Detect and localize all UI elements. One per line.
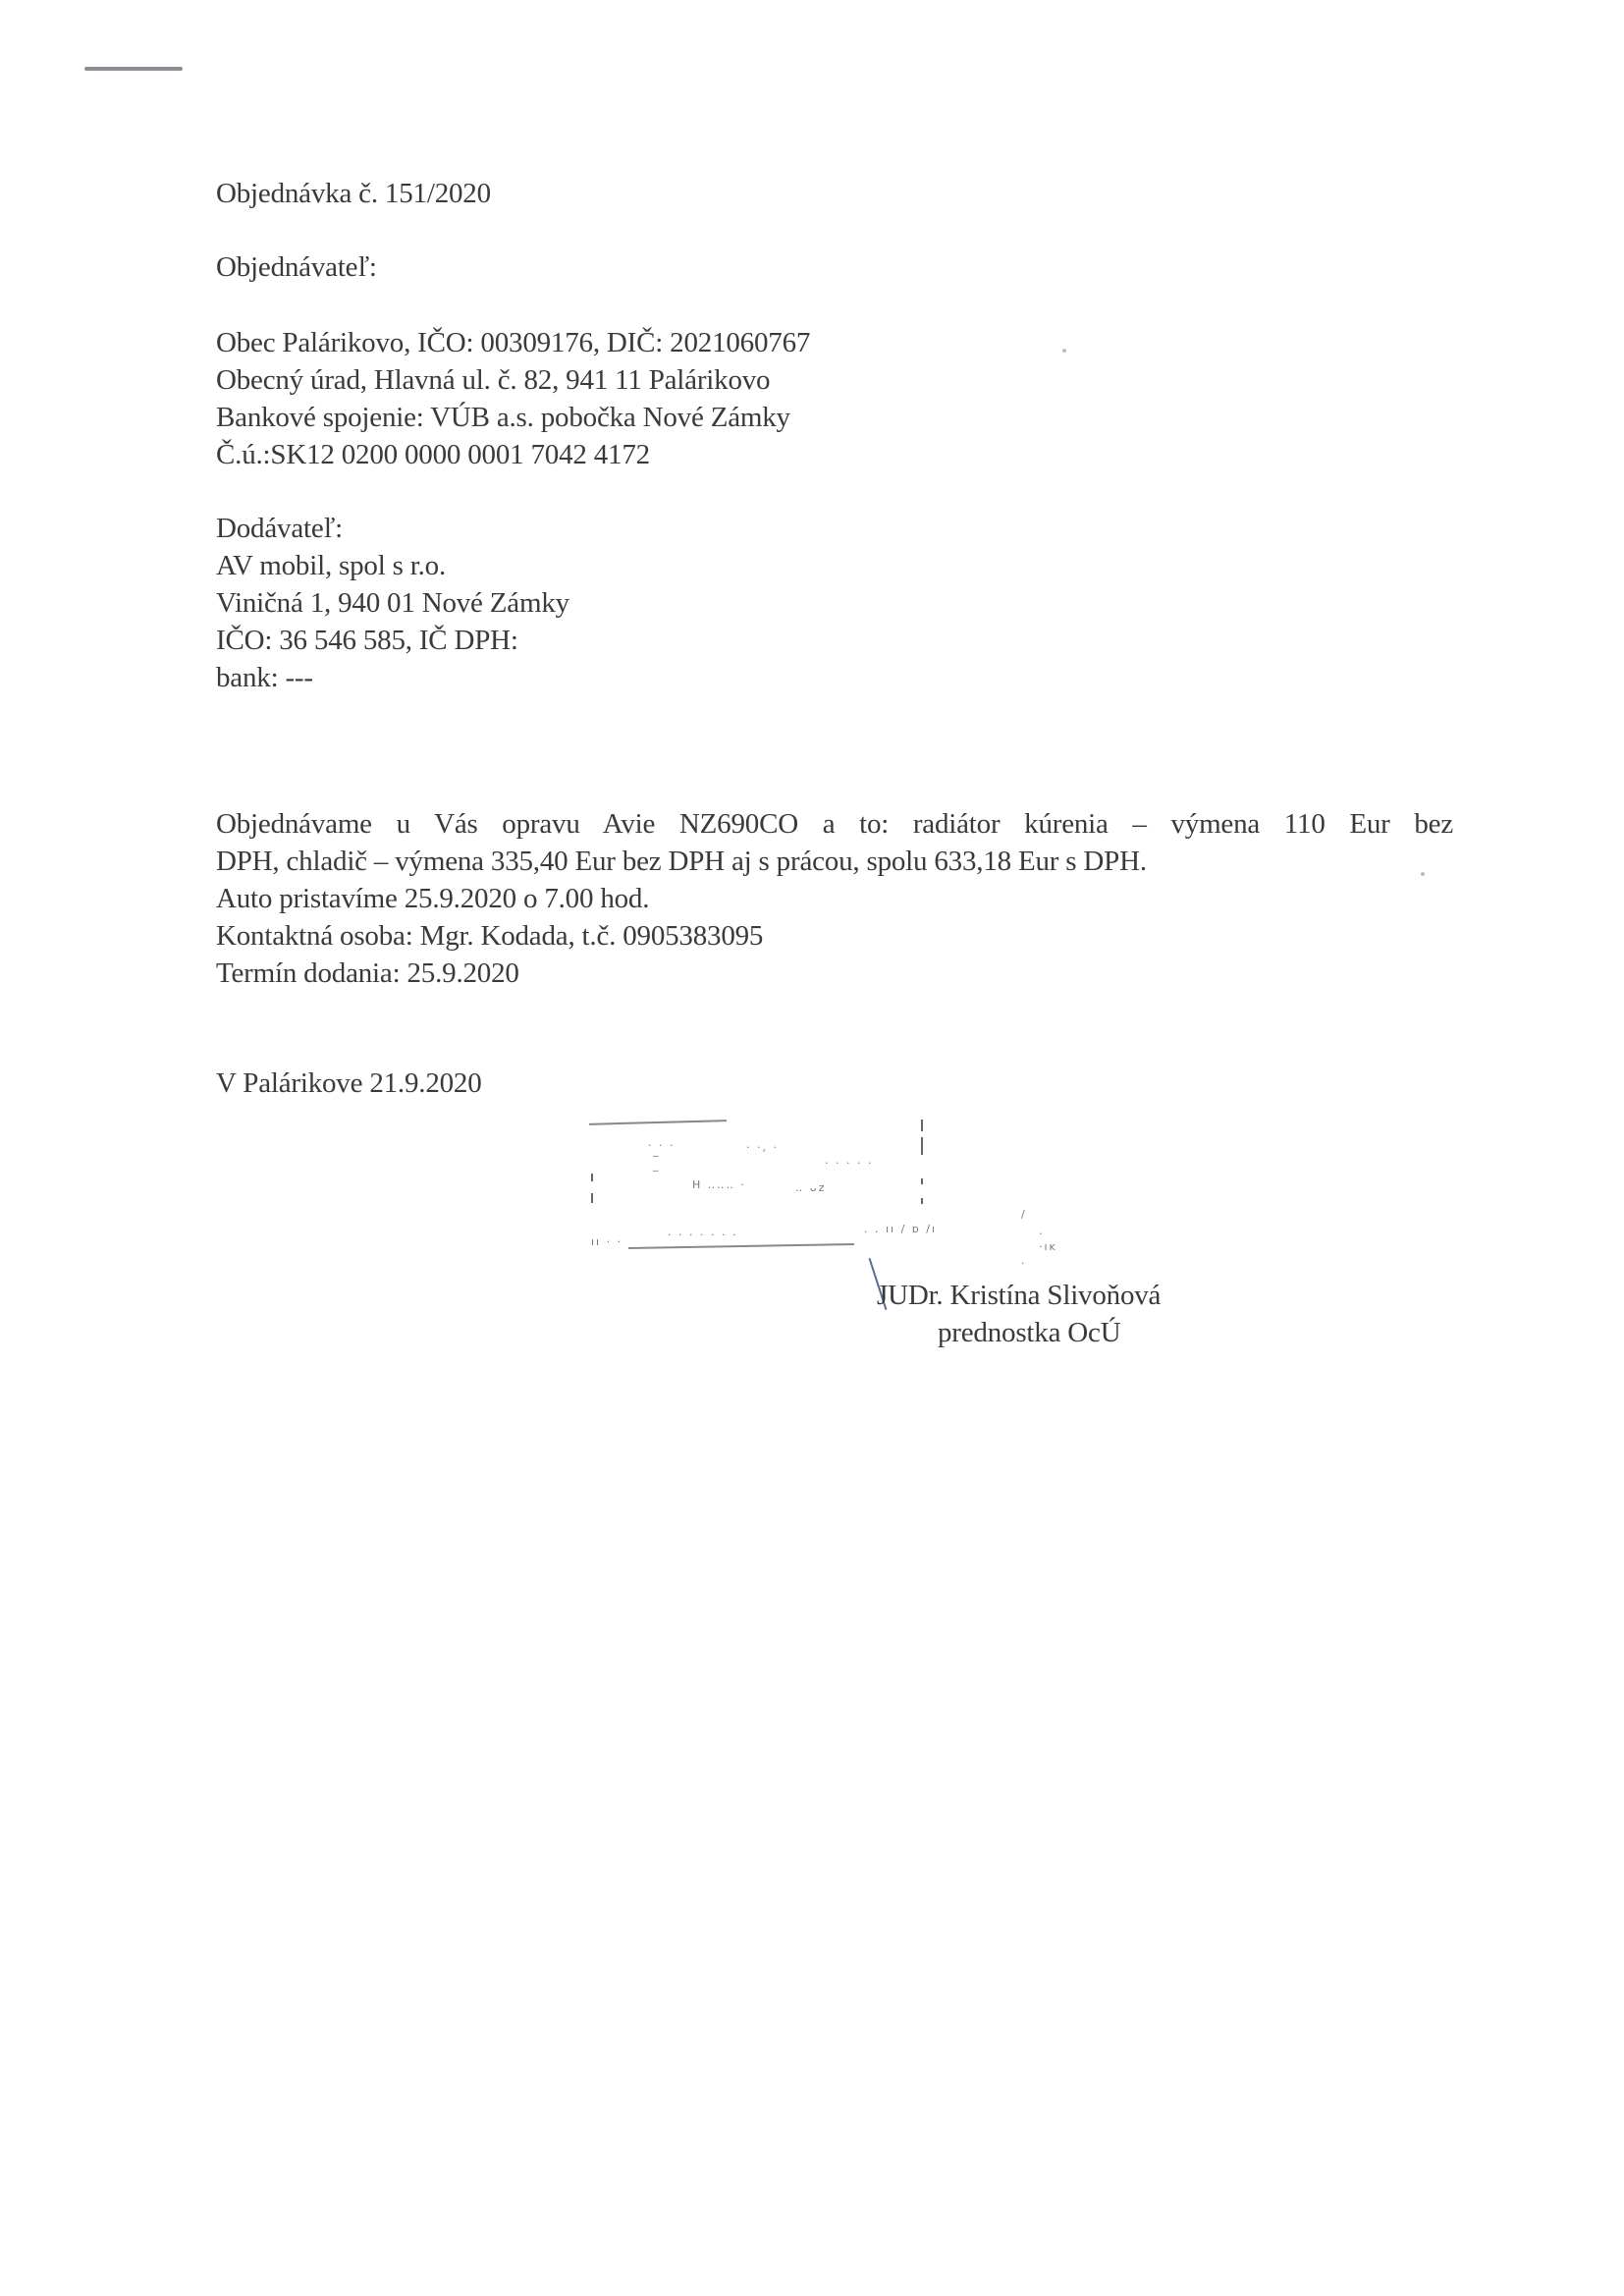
signatory-title: prednostka OcÚ [938,1314,1120,1351]
customer-line-4: Č.ú.:SK12 0200 0000 0001 7042 4172 [216,436,650,473]
order-title: Objednávka č. 151/2020 [216,175,491,212]
order-body-line-2: DPH, chladič – výmena 335,40 Eur bez DPH… [216,843,1147,880]
signatory-name: JUDr. Kristína Slivoňová [877,1277,1161,1314]
customer-line-1: Obec Palárikovo, IČO: 00309176, DIČ: 202… [216,324,810,361]
supplier-address: Viničná 1, 940 01 Nové Zámky [216,584,569,622]
official-stamp: · · · · ·, · ‾ . . . . . ‾ H ‥‥‥ · ‥ ᴗᴢ … [589,1120,962,1267]
order-body-line-4: Kontaktná osoba: Mgr. Kodada, t.č. 09053… [216,917,763,955]
scan-speck [1421,872,1425,876]
place-date: V Palárikove 21.9.2020 [216,1065,482,1102]
supplier-name: AV mobil, spol s r.o. [216,547,446,584]
customer-line-3: Bankové spojenie: VÚB a.s. pobočka Nové … [216,399,790,436]
order-body-line-1: Objednávame u Vás opravu Avie NZ690CO a … [216,805,1453,843]
customer-label: Objednávateľ: [216,248,377,286]
customer-line-2: Obecný úrad, Hlavná ul. č. 82, 941 11 Pa… [216,361,770,399]
supplier-bank: bank: --- [216,659,313,696]
scan-artifact-mark [84,67,183,71]
order-body-line-5: Termín dodania: 25.9.2020 [216,955,519,992]
scan-speck [1062,349,1066,353]
supplier-label: Dodávateľ: [216,510,343,547]
order-body-line-3: Auto pristavíme 25.9.2020 o 7.00 hod. [216,880,649,917]
supplier-ids: IČO: 36 546 585, IČ DPH: [216,622,518,659]
